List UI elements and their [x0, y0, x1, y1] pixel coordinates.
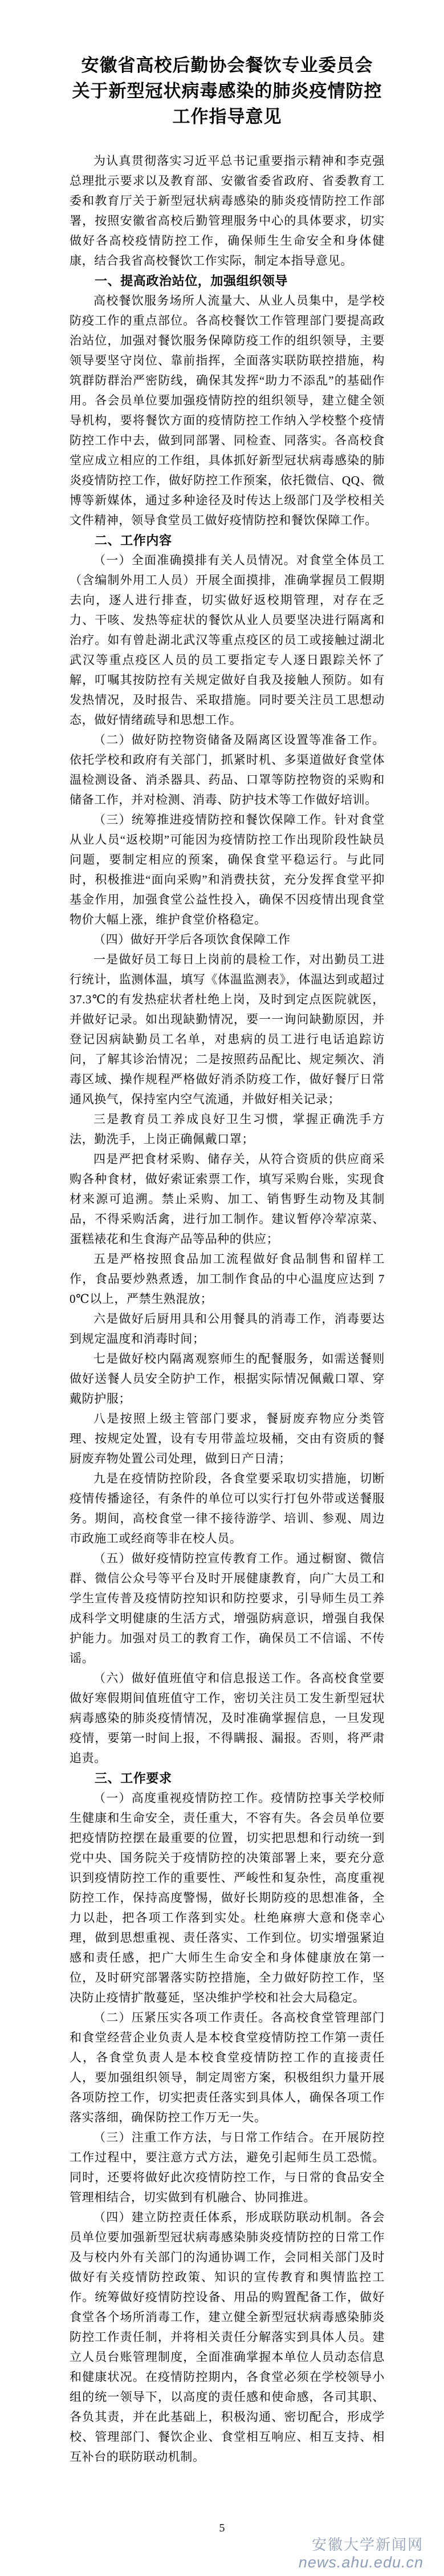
document-body: 为认真贯彻落实习近平总书记重要指示精神和李克强总理批示要求以及教育部、安徽省委省…	[70, 151, 385, 2467]
document-page: 安徽省高校后勤协会餐饮专业委员会 关于新型冠状病毒感染的肺炎疫情防控 工作指导意…	[0, 0, 444, 2576]
paragraph: （二）做好防控物资储备及隔离区设置等准备工作。依托学校和政府有关部门，抓紧时机、…	[70, 730, 385, 810]
paragraph: 高校餐饮服务场所人流量大、从业人员集中，是学校防疫工作的重点部位。各高校餐饮工作…	[70, 291, 385, 530]
paragraph: （三）统筹推进疫情防控和餐饮保障工作。针对食堂从业人员“返校期”可能因为疫情防控…	[70, 810, 385, 930]
paragraph: 八是按照上级主管部门要求，餐厨废弃物应分类管理、按规定处置，设有专用带盖垃圾桶，…	[70, 1409, 385, 1469]
watermark: 安徽大学新闻网 news.ahu.edu.cn	[299, 2536, 423, 2571]
section-heading-3: 三、工作要求	[70, 1768, 385, 1788]
paragraph: （四）建立防控责任体系，形成联防联动机制。各会员单位要加强新型冠状病毒感染肺炎疫…	[70, 2208, 385, 2467]
title-line-2: 关于新型冠状病毒感染的肺炎疫情防控	[70, 78, 385, 104]
section-heading-2: 二、工作内容	[70, 530, 385, 550]
document-content: 安徽省高校后勤协会餐饮专业委员会 关于新型冠状病毒感染的肺炎疫情防控 工作指导意…	[0, 0, 444, 2467]
paragraph: （一）高度重视疫情防控工作。疫情防控事关学校师生健康和生命安全，责任重大，不容有…	[70, 1788, 385, 2008]
watermark-site-name: 安徽大学新闻网	[299, 2536, 423, 2554]
paragraph: （三）注重工作方法，与日常工作结合。在开展防控工作过程中，要注意方式方法，避免引…	[70, 2128, 385, 2208]
title-line-3: 工作指导意见	[70, 104, 385, 129]
document-title: 安徽省高校后勤协会餐饮专业委员会 关于新型冠状病毒感染的肺炎疫情防控 工作指导意…	[70, 52, 385, 129]
paragraph: （二）压紧压实各项工作责任。各高校食堂管理部门和食堂经营企业负责人是本校食堂疫情…	[70, 2008, 385, 2128]
paragraph: 九是在疫情防控阶段，各食堂要采取切实措施，切断疫情传播途径，有条件的单位可以实行…	[70, 1469, 385, 1549]
paragraph: 五是严格按照食品加工流程做好食品制售和留样工作，食品要炒熟煮透，加工制作食品的中…	[70, 1249, 385, 1309]
paragraph: 一是做好员工每日上岗前的晨检工作，对出勤员工进行统计，监测体温，填写《体温监测表…	[70, 950, 385, 1109]
paragraph: （五）做好疫情防控宣传教育工作。通过橱窗、微信群、微信公众号等平台及时开展健康教…	[70, 1549, 385, 1668]
section-heading-1: 一、提高政治站位，加强组织领导	[70, 271, 385, 291]
paragraph: （四）做好开学后各项饮食保障工作	[70, 930, 385, 950]
title-line-1: 安徽省高校后勤协会餐饮专业委员会	[70, 52, 385, 78]
paragraph: （六）做好值班值守和信息报送工作。各高校食堂要做好寒假期间值班值守工作，密切关注…	[70, 1668, 385, 1768]
watermark-site-url: news.ahu.edu.cn	[299, 2554, 423, 2571]
paragraph: 六是做好后厨用具和公用餐具的消毒工作，消毒要达到规定温度和消毒时间；	[70, 1309, 385, 1349]
paragraph: 三是教育员工养成良好卫生习惯，掌握正确洗手方法，勤洗手，上岗正确佩戴口罩；	[70, 1109, 385, 1149]
paragraph: 七是做好校内隔离观察师生的配餐服务，如需送餐则做好送餐人员安全防护工作，根据实际…	[70, 1349, 385, 1409]
paragraph: 四是严把食材采购、储存关，从符合资质的供应商采购各种食材，做好索证索票工作，填写…	[70, 1149, 385, 1249]
page-number: 5	[0, 2522, 444, 2535]
paragraph: （一）全面准确摸排有关人员情况。对食堂全体员工（含编制外用工人员）开展全面摸排，…	[70, 550, 385, 730]
paragraph: 为认真贯彻落实习近平总书记重要指示精神和李克强总理批示要求以及教育部、安徽省委省…	[70, 151, 385, 271]
